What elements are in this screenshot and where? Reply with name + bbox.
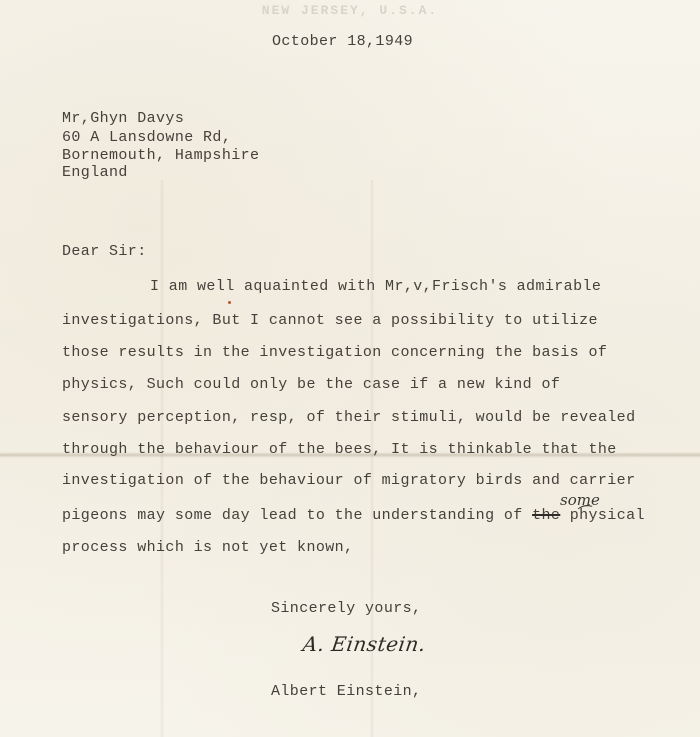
recipient-street: 60 A Lansdowne Rd, [62, 129, 231, 147]
body-line-corrected: pigeons may some day lead to the underst… [62, 507, 645, 525]
ink-spot [228, 301, 231, 304]
salutation: Dear Sir: [62, 243, 147, 261]
body-line: sensory perception, resp, of their stimu… [62, 409, 636, 427]
typed-name: Albert Einstein, [271, 683, 421, 701]
body-line: investigations, But I cannot see a possi… [62, 312, 598, 330]
body-text: pigeons may some day lead to the underst… [62, 507, 532, 524]
body-text: physical [560, 507, 645, 524]
recipient-city: Bornemouth, Hampshire [62, 147, 259, 165]
body-line: through the behaviour of the bees, It is… [62, 441, 617, 459]
closing: Sincerely yours, [271, 600, 421, 618]
body-line: I am well aquainted with Mr,v,Frisch's a… [150, 278, 601, 296]
body-line: process which is not yet known, [62, 539, 353, 557]
recipient-name: Mr,Ghyn Davys [62, 110, 184, 128]
body-line: those results in the investigation conce… [62, 344, 607, 362]
body-line: investigation of the behaviour of migrat… [62, 472, 636, 490]
handwritten-signature: A. Einstein. [301, 632, 427, 656]
body-line: physics, Such could only be the case if … [62, 376, 560, 394]
letterhead: NEW JERSEY, U.S.A. [0, 3, 700, 18]
letter-date: October 18,1949 [272, 33, 413, 51]
recipient-country: England [62, 164, 128, 182]
struck-word: the [532, 507, 560, 524]
